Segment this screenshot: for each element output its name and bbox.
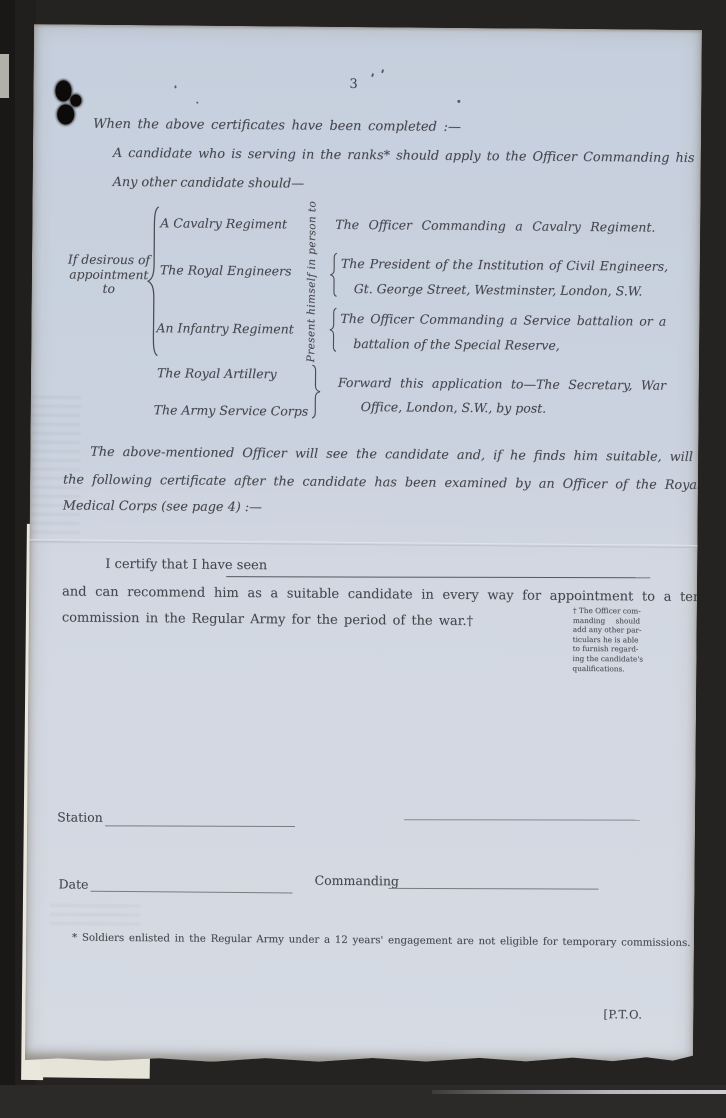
certificate-line3: commission in the Regular Army for the p… bbox=[62, 610, 473, 629]
unit-royal-artillery: The Royal Artillery bbox=[157, 365, 277, 381]
intro-heading: When the above certificates have been co… bbox=[93, 117, 461, 135]
certify-label: I certify that I have seen bbox=[105, 557, 267, 573]
procedure-line1: The above-mentioned Officer will see the… bbox=[90, 445, 726, 466]
commanding-fill-line bbox=[388, 888, 598, 890]
paper-sheet: 3 When the above certificates have been … bbox=[25, 24, 702, 1066]
vertical-connector-label: Present himself in person to bbox=[305, 197, 320, 367]
condition-line: appointment bbox=[66, 267, 152, 282]
showthrough-ghost bbox=[31, 396, 80, 546]
date-fill-line bbox=[90, 891, 292, 894]
scanner-background-edge bbox=[0, 0, 15, 1118]
ink-speck bbox=[457, 100, 460, 103]
routing-condition-label: If desirous of appointment to bbox=[66, 252, 152, 296]
station-label: Station bbox=[57, 809, 103, 824]
forward-instruction-line2: Office, London, S.W., by post. bbox=[361, 399, 547, 416]
left-curly-brace-icon bbox=[328, 308, 337, 352]
pto-marker: [P.T.O. bbox=[603, 1007, 642, 1021]
certify-fill-line bbox=[226, 576, 650, 578]
margin-note: † The Officer com- manding should add an… bbox=[572, 606, 667, 674]
certificate-line2: and can recommend him as a suitable cand… bbox=[62, 584, 726, 605]
hole-punch-icon bbox=[55, 80, 71, 101]
procedure-line2: the following certificate after the cand… bbox=[63, 472, 726, 493]
ink-speck bbox=[371, 73, 374, 77]
background-paper-sliver bbox=[0, 54, 9, 98]
showthrough-ghost bbox=[50, 904, 140, 931]
unit-royal-engineers: The Royal Engineers bbox=[160, 262, 292, 278]
ink-speck bbox=[381, 69, 384, 73]
destination-cavalry: The Officer Commanding a Cavalry Regimen… bbox=[335, 217, 655, 235]
station-fill-line bbox=[105, 825, 295, 827]
right-curly-brace-icon bbox=[311, 365, 322, 419]
destination-infantry-line2: battalion of the Special Reserve, bbox=[353, 336, 560, 353]
margin-note-line: qualifications. bbox=[572, 663, 666, 673]
hole-punch-icon bbox=[70, 94, 81, 106]
destination-engineers-line2: Gt. George Street, Westminster, London, … bbox=[354, 281, 643, 299]
scanned-document-view: 3 When the above certificates have been … bbox=[0, 0, 726, 1118]
unit-cavalry: A Cavalry Regiment bbox=[160, 215, 287, 231]
forward-instruction-line1: Forward this application to—The Secretar… bbox=[338, 375, 666, 393]
margin-note-line: † The Officer com- bbox=[573, 606, 667, 616]
commanding-label: Commanding bbox=[315, 873, 399, 889]
footnote: * Soldiers enlisted in the Regular Army … bbox=[72, 933, 690, 949]
ink-speck bbox=[196, 102, 198, 104]
unit-infantry: An Infantry Regiment bbox=[156, 320, 293, 336]
hole-punch-icon bbox=[57, 104, 74, 124]
scanner-tray-highlight bbox=[432, 1090, 726, 1094]
page-number: 3 bbox=[338, 77, 368, 92]
signature-fill-line bbox=[404, 819, 640, 820]
margin-note-line: ing the candidate's bbox=[572, 654, 666, 664]
intro-serving-line: A candidate who is serving in the ranks*… bbox=[113, 146, 726, 166]
date-label: Date bbox=[58, 876, 88, 891]
margin-note-line: add any other par- bbox=[573, 625, 667, 635]
intro-other-line: Any other candidate should— bbox=[113, 175, 305, 192]
condition-line: to bbox=[66, 281, 152, 296]
procedure-line3: Medical Corps (see page 4) :— bbox=[63, 498, 262, 515]
destination-infantry-line1: The Officer Commanding a Service battali… bbox=[340, 311, 666, 329]
destination-engineers-line1: The President of the Institution of Civi… bbox=[341, 256, 668, 274]
left-curly-brace-icon bbox=[329, 253, 338, 297]
unit-army-service-corps: The Army Service Corps bbox=[154, 402, 309, 418]
ink-speck bbox=[174, 85, 176, 88]
condition-line: If desirous of bbox=[66, 252, 152, 267]
paper-fold-crease bbox=[30, 539, 698, 548]
